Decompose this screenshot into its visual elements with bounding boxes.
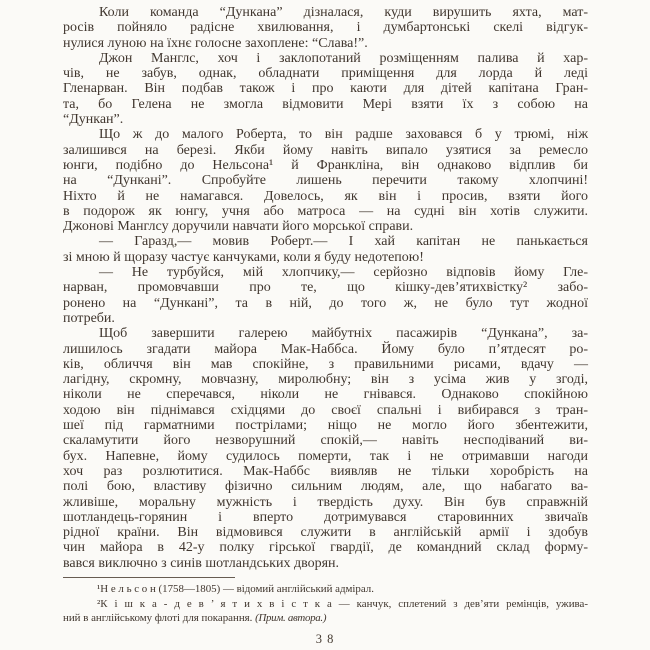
text-line: ків, обличчя він мав спокійне, з правиль… [63,357,588,372]
text-line: рідної країни. Він відмовився служити в … [63,525,588,540]
text-line: Гленарван. Він подбав також і про каюти … [63,81,588,96]
footnote-line: ²К і ш к а - д е в ’ я т и х в і с т к а… [63,598,588,611]
text-line: полі бою, властиву фізично сильним людям… [63,479,588,494]
text-line: хоч раз розлютитися. Мак-Наббс виявляв н… [63,464,588,479]
text-line: — Гаразд,— мовив Роберт.— І хай капітан … [63,234,588,249]
paragraph: — Гаразд,— мовив Роберт.— І хай капітан … [63,234,588,265]
text-line: чів, не забув, однак, обладнати приміщен… [63,66,588,81]
page-text: Коли команда “Дункана” дізналася, куди в… [63,0,588,571]
text-line: Джон Манглс, хоч і заклопотаний розміщен… [63,51,588,66]
text-line: Ніхто й не намагався. Довелось, як він і… [63,189,588,204]
text-line: “Дункан”. [63,112,588,127]
paragraph: Коли команда “Дункана” дізналася, куди в… [63,5,588,51]
text-line: лагідну, скромну, мовчазну, миролюбну; в… [63,372,588,387]
footnote-line: ний в англійському флоті для покарання. … [63,612,588,625]
paragraph: Що ж до малого Роберта, то він радше зах… [63,127,588,234]
text-line: шотландець-горянин і вперто дотримувався… [63,510,588,525]
text-line: зі мною й щоразу частує канчуками, коли … [63,250,588,265]
text-line: росів пойняло радісне хвилювання, і думб… [63,20,588,35]
text-line: нулися луною на їхнє голосне захоплене: … [63,36,588,51]
text-line: залишився на березі. Якби йому навіть ви… [63,143,588,158]
book-page: Коли команда “Дункана” дізналася, куди в… [0,0,650,650]
footnote-divider [63,577,235,578]
text-line: юнги, подібно до Нельсона¹ й Франкліна, … [63,158,588,173]
text-line: шеї під гарматними пострілами; ніщо не м… [63,418,588,433]
text-line: бух. Напевне, йому судилось померти, так… [63,449,588,464]
text-line: ронено на “Дункані”, та в ній, до того ж… [63,296,588,311]
footnote-author-note: (Прим. автора.) [255,612,326,624]
paragraph: — Не турбуйся, мій хлопчику,— серйозно в… [63,265,588,326]
text-line: потреби. [63,311,588,326]
text-line: Що ж до малого Роберта, то він радше зах… [63,127,588,142]
text-line: ніколи не сперечався, ніколи не гнівався… [63,387,588,402]
footnotes: ¹Н е л ь с о н (1758—1805) — відомий анг… [63,583,588,625]
text-line: Джонові Манглсу доручили навчати його мо… [63,219,588,234]
text-line: ходою він піднімався східцями до своєї с… [63,403,588,418]
paragraph: Джон Манглс, хоч і заклопотаний розміщен… [63,51,588,127]
text-line: чин майора в 42-у полку гірської гвардії… [63,540,588,555]
footnote-line: ¹Н е л ь с о н (1758—1805) — відомий анг… [63,583,588,596]
text-line: та, бо Гелена не змогла відмовити Мері в… [63,97,588,112]
footnote: ²К і ш к а - д е в ’ я т и х в і с т к а… [63,598,588,625]
text-line: жливіше, моральну мужність і твердість д… [63,495,588,510]
text-line: в подорож як юнгу, учня або матроса — на… [63,204,588,219]
text-line: — Не турбуйся, мій хлопчику,— серйозно в… [63,265,588,280]
text-line: вався виключно з синів шотландських двор… [63,556,588,571]
text-line: на “Дункані”. Спробуйте лишень перечити … [63,173,588,188]
text-line: скаламутити його незворушний спокій,— на… [63,433,588,448]
text-line: Коли команда “Дункана” дізналася, куди в… [63,5,588,20]
page-number: 3 8 [0,632,650,647]
text-line: Щоб завершити галерею майбутніх пасажирі… [63,326,588,341]
footnote: ¹Н е л ь с о н (1758—1805) — відомий анг… [63,583,588,596]
text-line: лишилось згадати майора Мак-Наббса. Йому… [63,342,588,357]
paragraph: Щоб завершити галерею майбутніх пасажирі… [63,326,588,571]
text-line: нарван, промовчавши про те, що кішку-дев… [63,280,588,295]
